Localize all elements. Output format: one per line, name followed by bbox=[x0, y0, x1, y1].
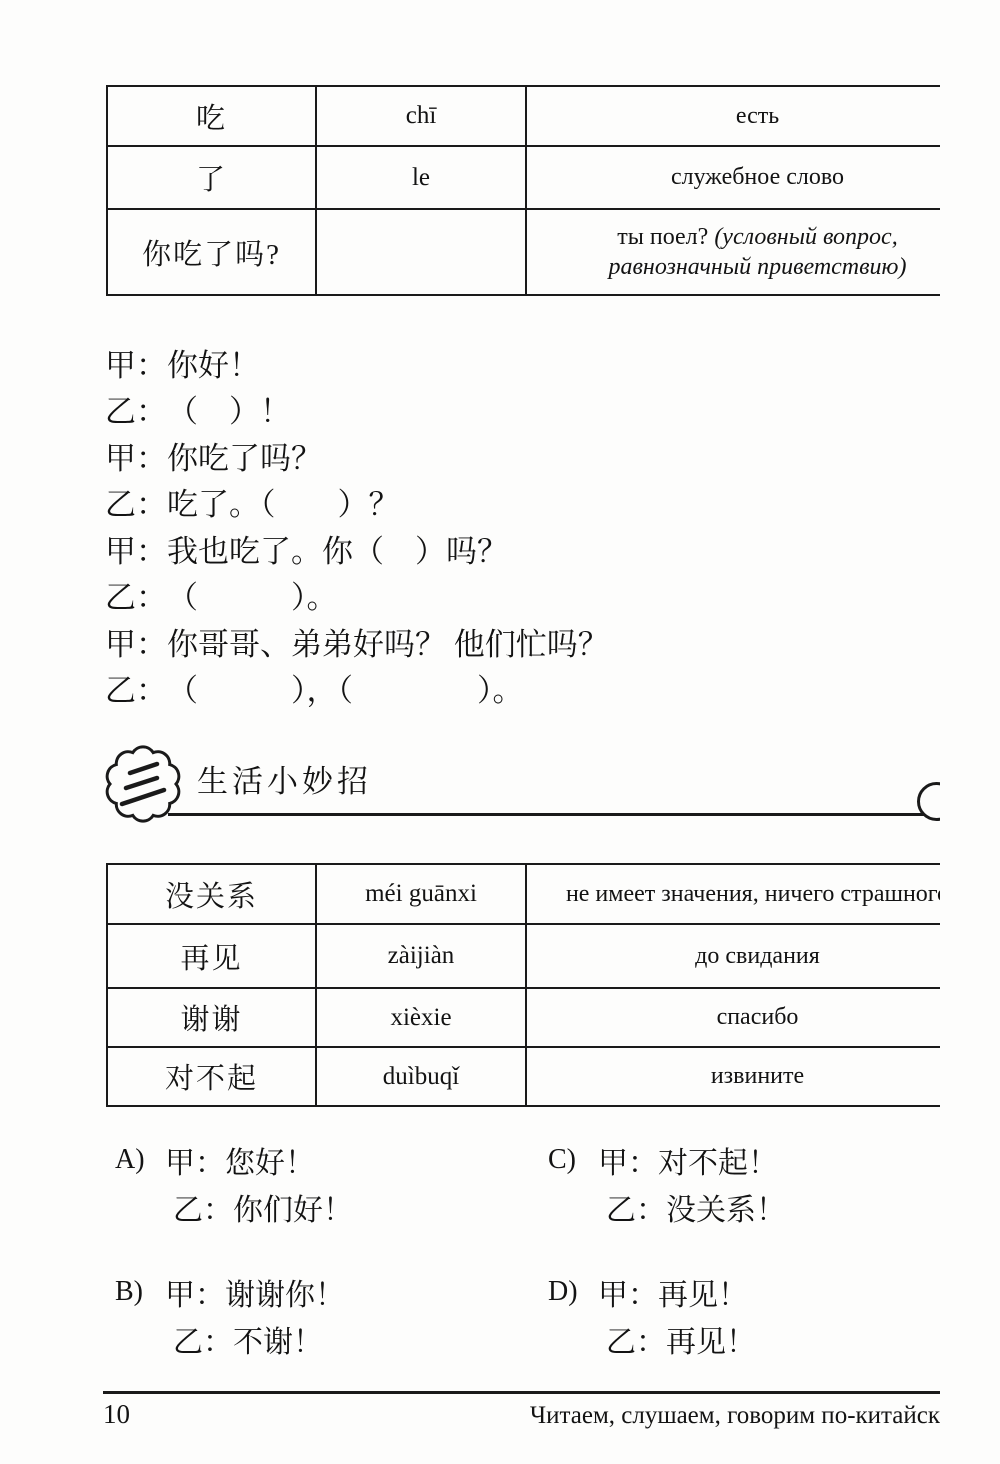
mini-dialogue-d: D)甲：再见！ 乙：再见！ bbox=[548, 1268, 756, 1362]
russian-cell: есть bbox=[527, 87, 940, 145]
dialogue-text: 您好！ bbox=[225, 1138, 315, 1182]
speaker-label: 乙： bbox=[173, 1317, 233, 1361]
dialogue-text: 对不起！ bbox=[658, 1138, 778, 1182]
pinyin-cell bbox=[317, 210, 527, 294]
dialogue-text: 你哥哥、弟弟好吗？ 他们忙吗？ bbox=[167, 619, 609, 664]
speaker-label: 甲： bbox=[105, 526, 167, 571]
table-row: 你吃了吗? ты поел? (условный вопрос, равнозн… bbox=[108, 210, 940, 296]
russian-cell: спасибо bbox=[527, 989, 940, 1046]
item-label: C) bbox=[548, 1144, 598, 1176]
dialogue-text: 你们好！ bbox=[233, 1185, 353, 1229]
table-row: 没关系 méi guānxi не имеет значения, ничего… bbox=[108, 865, 940, 925]
section-title: 生活小妙招 bbox=[197, 756, 372, 801]
vocab-table-bottom: 没关系 méi guānxi не имеет значения, ничего… bbox=[106, 863, 940, 1107]
section-header: 三 生活小妙招 bbox=[0, 742, 940, 832]
russian-cell: служебное слово bbox=[527, 147, 940, 208]
speaker-label: 乙： bbox=[105, 479, 167, 524]
mini-dialogue-a: A)甲：您好！ 乙：你们好！ bbox=[115, 1136, 353, 1230]
dialogue-line: 乙：你们好！ bbox=[173, 1183, 353, 1230]
dialogue-line: 甲：你吃了吗？ bbox=[105, 432, 609, 479]
table-row: 再见 zàijiàn до свидания bbox=[108, 925, 940, 989]
mini-dialogue-c: C)甲：对不起！ 乙：没关系！ bbox=[548, 1136, 786, 1230]
dialogue-text: 再见！ bbox=[658, 1270, 748, 1314]
dialogue-text: （ ）。 bbox=[167, 572, 338, 617]
dialogue-text: 吃了。（ ）？ bbox=[167, 479, 400, 524]
dialogue-line: B)甲：谢谢你！ bbox=[115, 1268, 345, 1315]
item-label: D) bbox=[548, 1276, 598, 1308]
dialogue-line: 乙：（ ）。 bbox=[105, 572, 609, 619]
speaker-label: 乙： bbox=[105, 386, 167, 431]
speaker-label: 乙： bbox=[606, 1185, 666, 1229]
dialogue-line: C)甲：对不起！ bbox=[548, 1136, 786, 1183]
vocab-table-top: 吃 chī есть 了 le служебное слово 你吃了吗? ты… bbox=[106, 85, 940, 296]
dialogue-text: （ ）！ bbox=[167, 386, 291, 431]
table-row: 了 le служебное слово bbox=[108, 147, 940, 210]
hanzi-cell: 你吃了吗? bbox=[108, 210, 317, 294]
dialogue-line: 甲：你哥哥、弟弟好吗？ 他们忙吗？ bbox=[105, 618, 609, 665]
footer-rule bbox=[103, 1391, 940, 1394]
hanzi-cell: 没关系 bbox=[108, 865, 317, 923]
table-row: 吃 chī есть bbox=[108, 87, 940, 147]
table-row: 对不起 duìbuqǐ извините bbox=[108, 1048, 940, 1107]
russian-text: ты поел? bbox=[617, 224, 714, 250]
speaker-label: 乙： bbox=[105, 572, 167, 617]
page-number: 10 bbox=[103, 1399, 130, 1430]
russian-cell: извините bbox=[527, 1048, 940, 1105]
footer-running-title: Читаем, слушаем, говорим по-китайск bbox=[530, 1402, 940, 1430]
dialogue-line: D)甲：再见！ bbox=[548, 1268, 756, 1315]
dialogue-text: 不谢！ bbox=[233, 1317, 323, 1361]
dialogue-line: 乙：（ ），（ ）。 bbox=[105, 665, 609, 712]
pinyin-cell: zàijiàn bbox=[317, 925, 527, 987]
speaker-label: 甲： bbox=[598, 1138, 658, 1182]
pinyin-cell: le bbox=[317, 147, 527, 208]
speaker-label: 甲： bbox=[105, 340, 167, 385]
speaker-label: 甲： bbox=[598, 1270, 658, 1314]
section-divider-line bbox=[168, 813, 940, 816]
hanzi-cell: 对不起 bbox=[108, 1048, 317, 1105]
dialogue-text: 再见！ bbox=[666, 1317, 756, 1361]
mini-dialogue-b: B)甲：谢谢你！ 乙：不谢！ bbox=[115, 1268, 345, 1362]
dialogue-line: A)甲：您好！ bbox=[115, 1136, 353, 1183]
dialogue-text: 你吃了吗？ bbox=[167, 433, 322, 478]
speaker-label: 甲： bbox=[105, 433, 167, 478]
dialogue-line: 乙：吃了。（ ）？ bbox=[105, 479, 609, 526]
page-content-area: 吃 chī есть 了 le служебное слово 你吃了吗? ты… bbox=[0, 0, 940, 1464]
dialogue-text: 谢谢你！ bbox=[225, 1270, 345, 1314]
pinyin-cell: xièxie bbox=[317, 989, 527, 1046]
speaker-label: 甲： bbox=[165, 1270, 225, 1314]
section-number-glyph: 三 bbox=[0, 742, 1, 743]
russian-cell: до свидания bbox=[527, 925, 940, 987]
dialogue-line: 乙：再见！ bbox=[606, 1315, 756, 1362]
russian-cell: не имеет значения, ничего страшного bbox=[527, 865, 940, 923]
speaker-label: 甲： bbox=[165, 1138, 225, 1182]
dialogue-line: 甲：你好！ bbox=[105, 339, 609, 386]
dialogue-line: 乙：不谢！ bbox=[173, 1315, 345, 1362]
speaker-label: 乙： bbox=[173, 1185, 233, 1229]
dialogue-line: 乙：（ ）！ bbox=[105, 386, 609, 433]
textbook-page: 吃 chī есть 了 le служебное слово 你吃了吗? ты… bbox=[0, 0, 1000, 1464]
section-number-three-icon bbox=[103, 744, 183, 824]
dialogue-text: 没关系！ bbox=[666, 1185, 786, 1229]
dialogue-text: 我也吃了。你（ ）吗？ bbox=[167, 526, 508, 571]
pinyin-cell: méi guānxi bbox=[317, 865, 527, 923]
hanzi-cell: 再见 bbox=[108, 925, 317, 987]
item-label: B) bbox=[115, 1276, 165, 1308]
speaker-label: 乙： bbox=[606, 1317, 666, 1361]
pinyin-cell: chī bbox=[317, 87, 527, 145]
hanzi-cell: 了 bbox=[108, 147, 317, 208]
dialogue-line: 乙：没关系！ bbox=[606, 1183, 786, 1230]
hanzi-cell: 吃 bbox=[108, 87, 317, 145]
table-row: 谢谢 xièxie спасибо bbox=[108, 989, 940, 1048]
dialogue-text: 你好！ bbox=[167, 340, 260, 385]
hanzi-cell: 谢谢 bbox=[108, 989, 317, 1046]
dialogue-text: （ ），（ ）。 bbox=[167, 665, 524, 710]
speaker-label: 甲： bbox=[105, 619, 167, 664]
pinyin-cell: duìbuqǐ bbox=[317, 1048, 527, 1105]
dialogue-line: 甲：我也吃了。你（ ）吗？ bbox=[105, 525, 609, 572]
item-label: A) bbox=[115, 1144, 165, 1176]
dialogue-exercise: 甲：你好！ 乙：（ ）！ 甲：你吃了吗？ 乙：吃了。（ ）？ 甲：我也吃了。你（… bbox=[105, 339, 609, 711]
russian-cell: ты поел? (условный вопрос, равнозначный … bbox=[527, 210, 940, 294]
speaker-label: 乙： bbox=[105, 665, 167, 710]
